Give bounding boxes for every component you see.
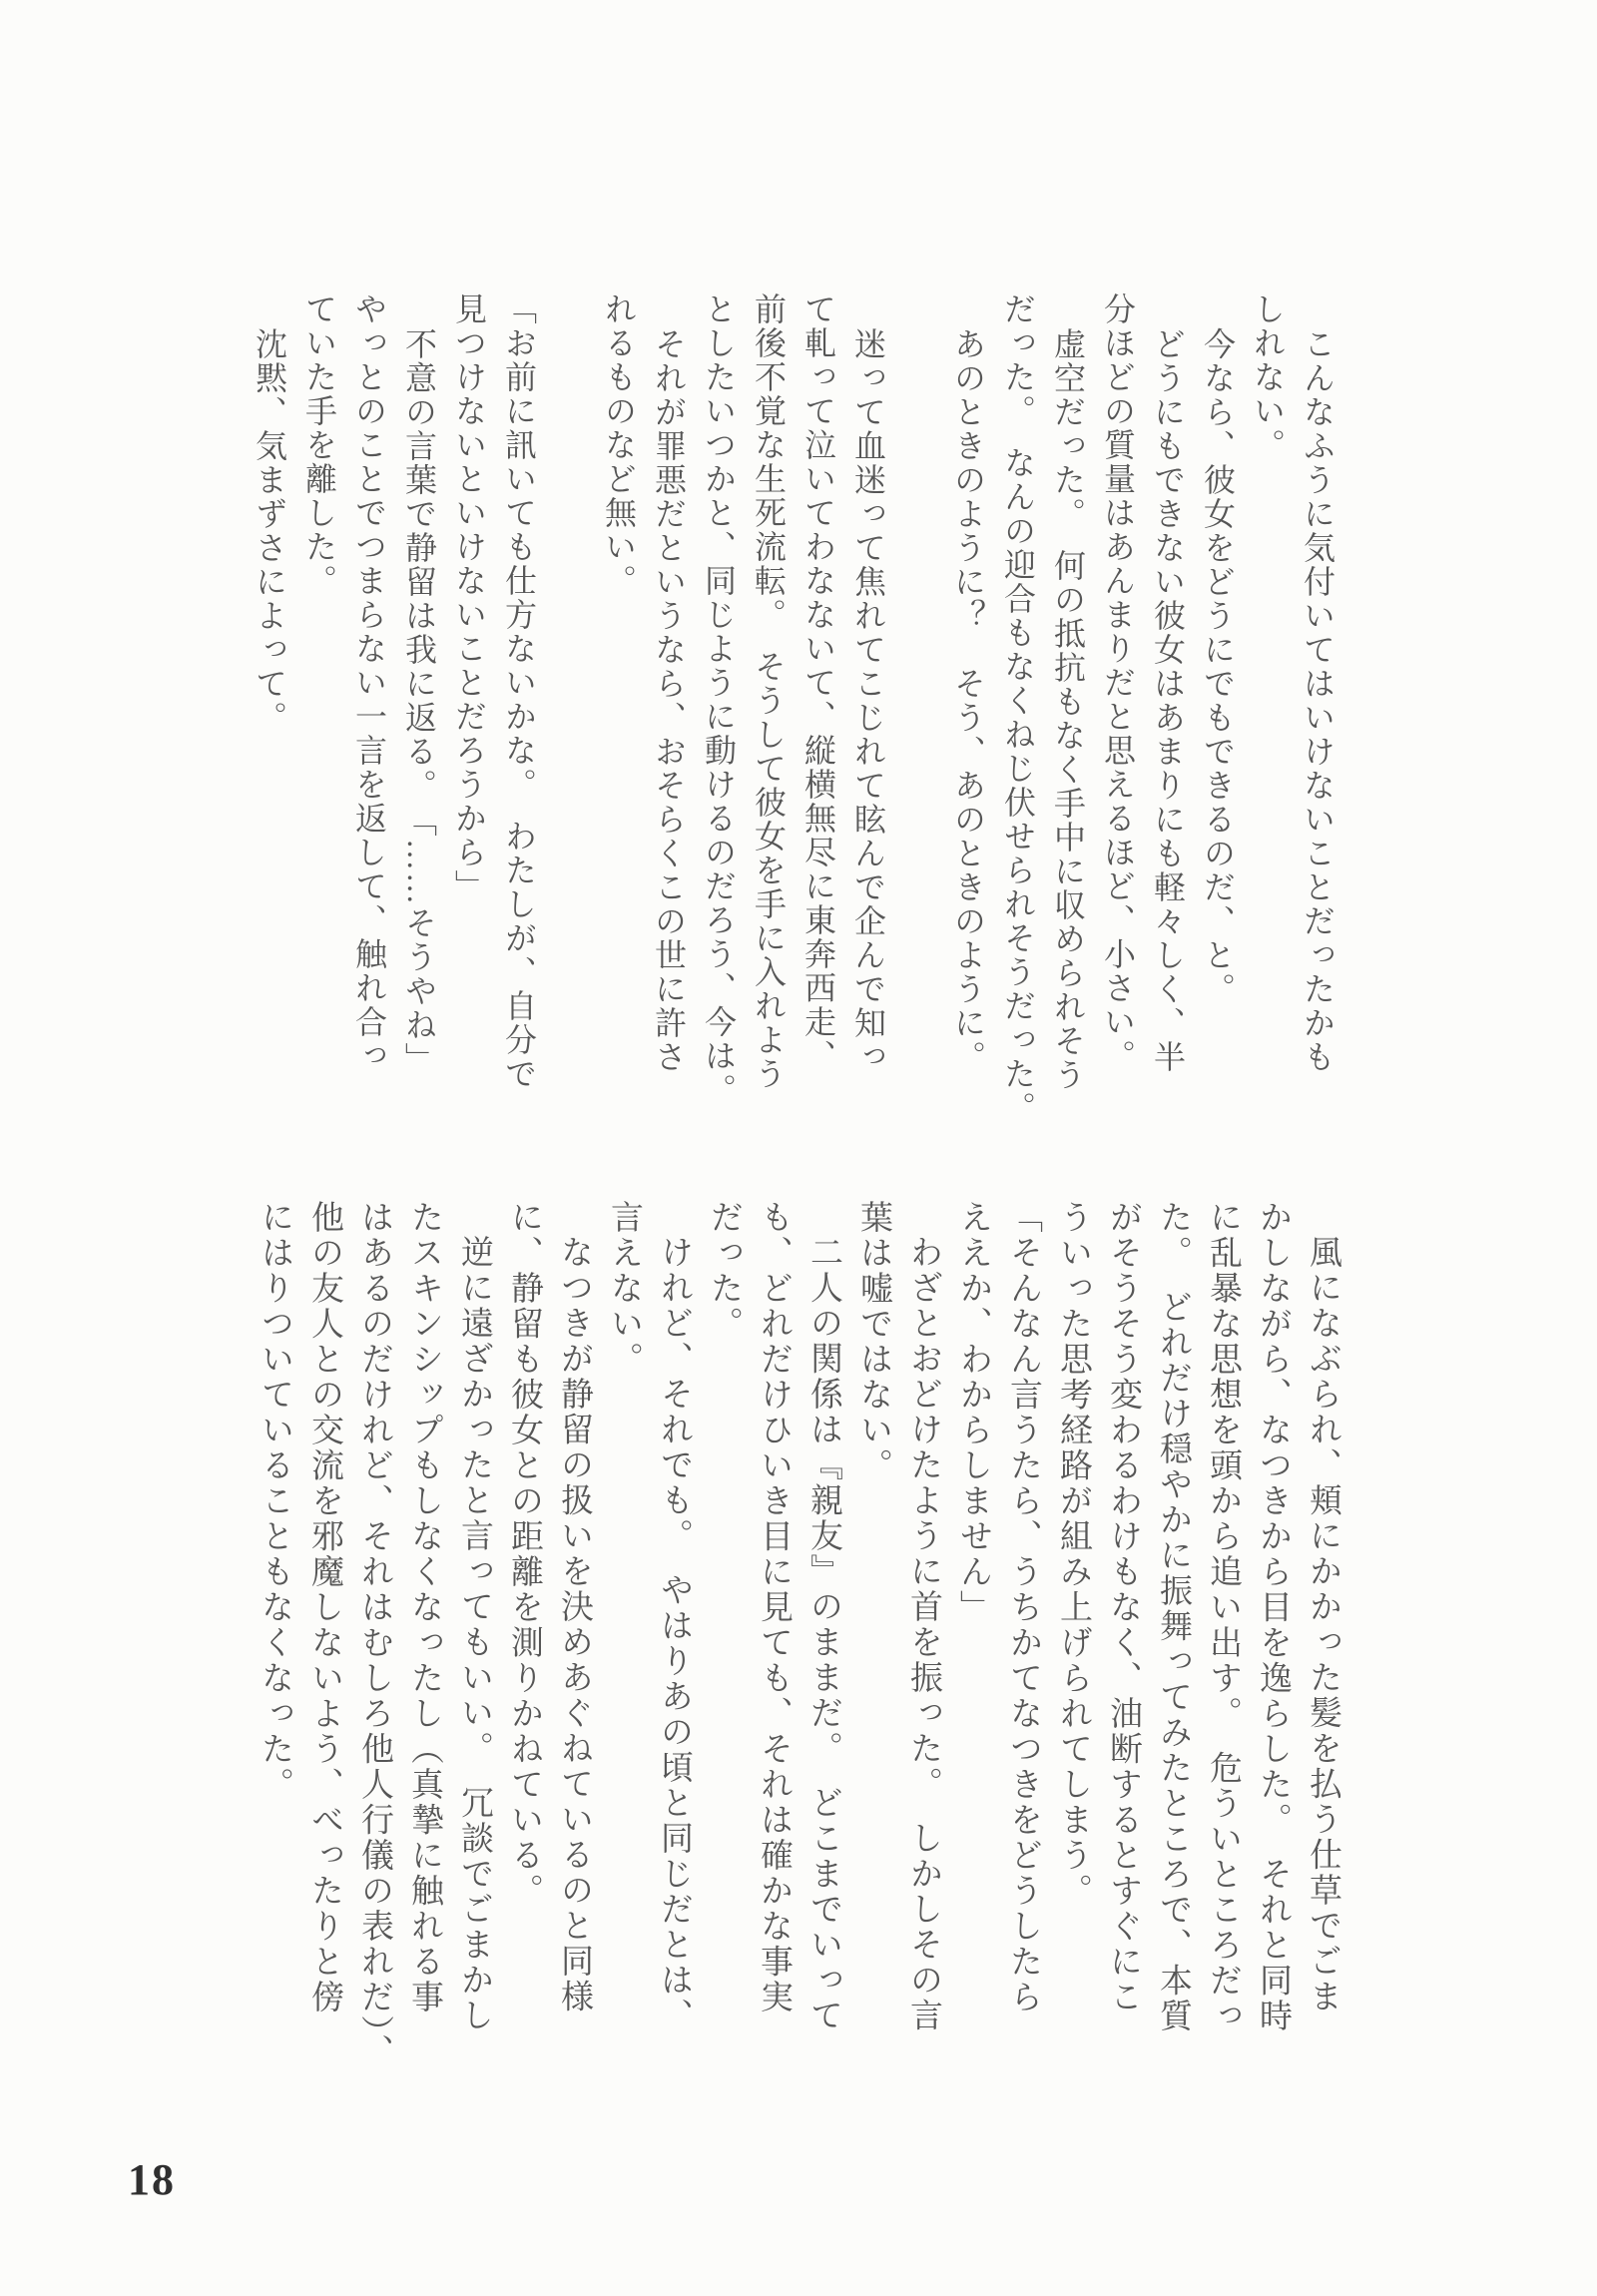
- text-column: にはりついていることもなくなった。: [250, 1200, 299, 2086]
- text-column: やっとのことでつまらない一言を返して、触れ合っ: [344, 292, 394, 1147]
- text-column: 見つけないといけないことだろうから」: [444, 292, 494, 1147]
- text-column: ていた手を離した。: [294, 292, 344, 1147]
- text-column: 風になぶられ、頬にかかった髪を払う仕草でごま: [1298, 1200, 1347, 2121]
- text-column: 前後不覚な生死流転。 そうして彼女を手に入れよう: [744, 292, 794, 1147]
- text-column: なつきが静留の扱いを決めあぐねているのと同様: [549, 1200, 599, 2121]
- text-column: かしながら、なつきから目を逸らした。 それと同時: [1248, 1200, 1298, 2086]
- text-column: 言えない。: [599, 1200, 649, 2086]
- text-column: 迷って血迷って焦れてこじれて眩んで企んで知っ: [843, 292, 893, 1182]
- upper-text-block: こんなふうに気付いてはいけないことだったかもしれない。今なら、彼女をどうにでもで…: [245, 292, 1342, 1147]
- text-column: わざとおどけたように首を振った。 しかしその言: [898, 1200, 948, 2121]
- paragraph-gap-column: [893, 292, 943, 1147]
- text-column: 「そんなん言うたら、うちかてなつきをどうしたら: [998, 1200, 1048, 2086]
- text-column: た。 どれだけ穏やかに振舞ってみたところで、本質: [1148, 1200, 1198, 2086]
- text-column: 沈黙、気まずさによって。: [245, 292, 294, 1182]
- text-column: がそうそう変わるわけもなく、油断するとすぐにこ: [1098, 1200, 1148, 2086]
- text-column: 二人の関係は『親友』のままだ。 どこまでいって: [798, 1200, 848, 2121]
- text-column: だった。: [699, 1200, 749, 2086]
- text-column: どうにもできない彼女はあまりにも軽々しく、半: [1143, 292, 1193, 1182]
- text-column: 「お前に訊いても仕方ないかな。 わたしが、自分で: [494, 292, 544, 1147]
- text-column: 虚空だった。 何の抵抗もなく手中に収められそう: [1043, 292, 1093, 1182]
- scanned-novel-page: こんなふうに気付いてはいけないことだったかもしれない。今なら、彼女をどうにでもで…: [0, 0, 1597, 2296]
- text-column: 分ほどの質量はあんまりだと思えるほど、小さい。: [1093, 292, 1143, 1147]
- text-column: ええか、わからしません」: [948, 1200, 998, 2086]
- text-column: それが罪悪だというなら、おそらくこの世に許さ: [644, 292, 694, 1182]
- text-column: けれど、それでも。 やはりあの頃と同じだとは、: [649, 1200, 699, 2121]
- text-column: 葉は嘘ではない。: [848, 1200, 898, 2086]
- text-column: 逆に遠ざかったと言ってもいい。 冗談でごまかし: [449, 1200, 499, 2121]
- text-column: に乱暴な思想を頭から追い出す。 危ういところだっ: [1198, 1200, 1248, 2086]
- text-column: て軋って泣いてわなないて、縦横無尽に東奔西走、: [794, 292, 843, 1147]
- paragraph-gap-column: [544, 292, 594, 1147]
- text-column: ういった思考経路が組み上げられてしまう。: [1048, 1200, 1098, 2086]
- text-column: としたいつかと、同じように動けるのだろう、今は。: [694, 292, 744, 1147]
- text-column: 今なら、彼女をどうにでもできるのだ、と。: [1193, 292, 1243, 1182]
- text-column: 他の友人との交流を邪魔しないよう、べったりと傍: [299, 1200, 349, 2086]
- text-column: しれない。: [1243, 292, 1293, 1147]
- lower-text-block: 風になぶられ、頬にかかった髪を払う仕草でごまかしながら、なつきから目を逸らした。…: [250, 1200, 1347, 2086]
- text-column: 不意の言葉で静留は我に返る。 「……そうやね」: [394, 292, 444, 1182]
- text-column: あのときのように？ そう、あのときのように。: [943, 292, 993, 1182]
- text-column: はあるのだけれど、それはむしろ他人行儀の表れだ）、: [349, 1200, 399, 2086]
- text-column: に、静留も彼女との距離を測りかねている。: [499, 1200, 549, 2086]
- text-column: だった。 なんの迎合もなくねじ伏せられそうだった。: [993, 292, 1043, 1147]
- text-column: れるものなど無い。: [594, 292, 644, 1147]
- text-column: たスキンシップもしなくなったし（真摯に触れる事: [399, 1200, 449, 2086]
- page-number: 18: [128, 2154, 176, 2205]
- text-column: も、どれだけひいき目に見ても、それは確かな事実: [749, 1200, 798, 2086]
- text-column: こんなふうに気付いてはいけないことだったかも: [1293, 292, 1342, 1182]
